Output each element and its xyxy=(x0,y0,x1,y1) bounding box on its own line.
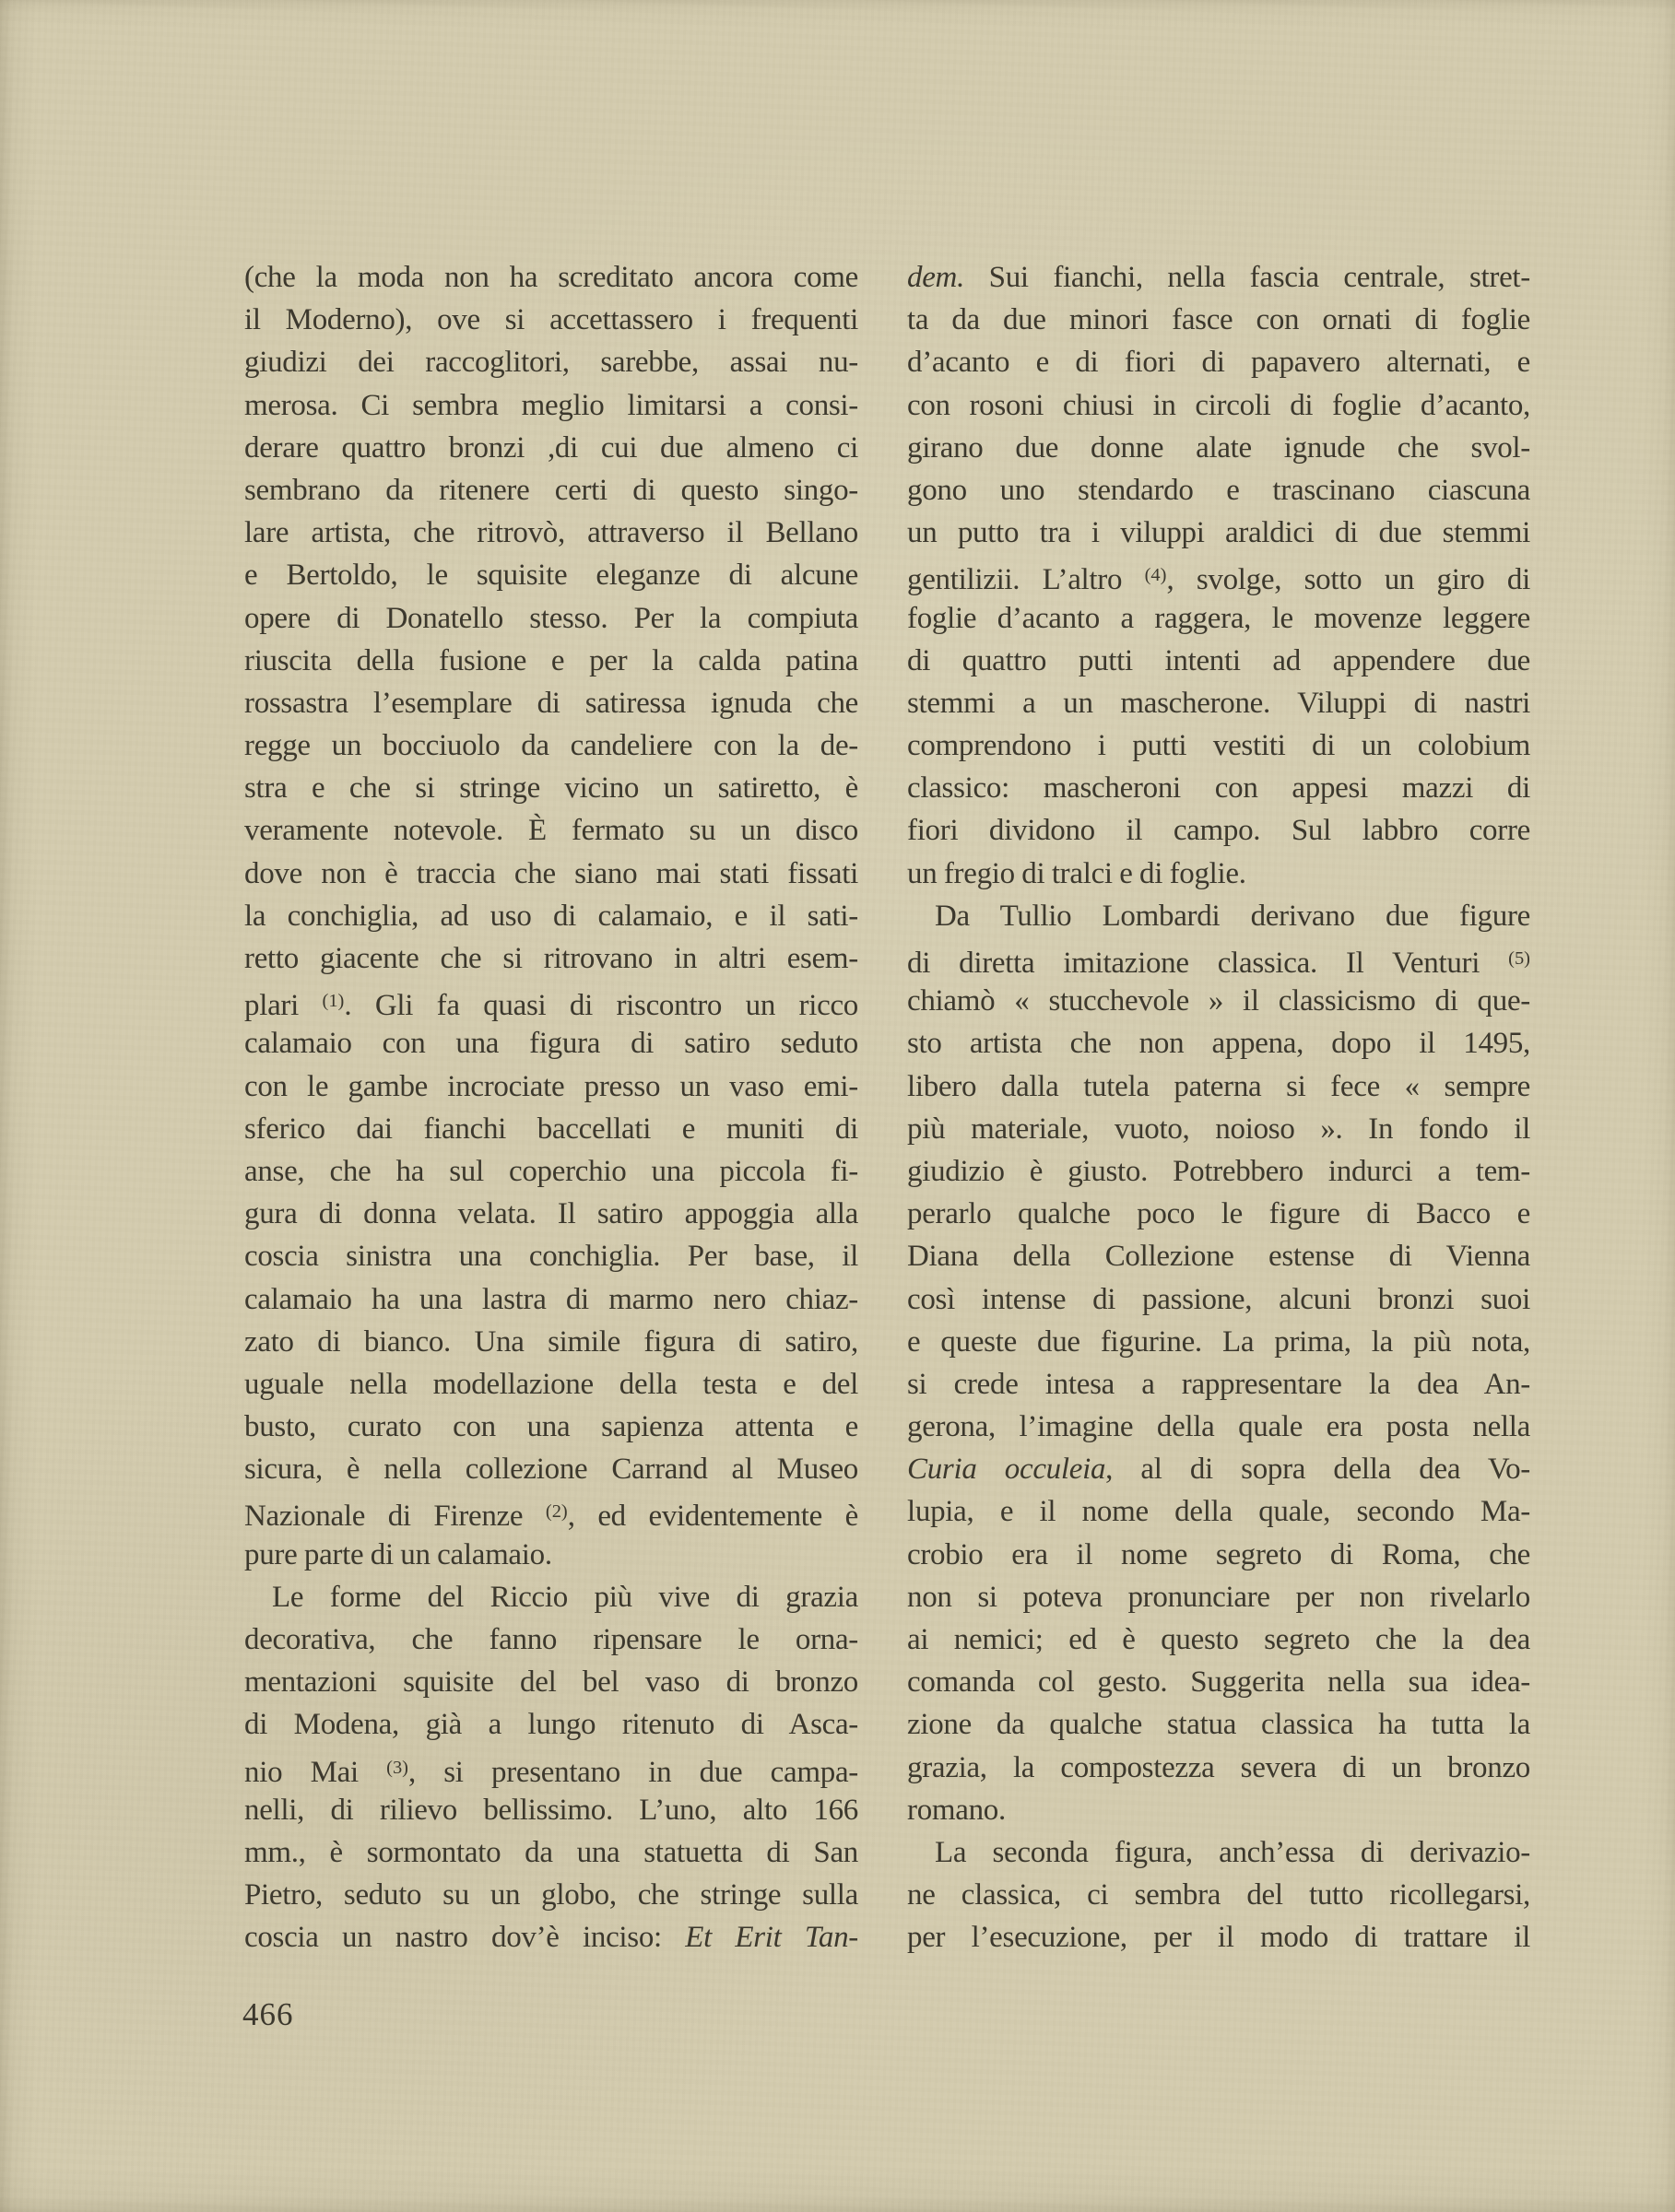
italic-text: dem. xyxy=(907,261,964,294)
text-line: romano. xyxy=(907,1789,1530,1831)
text-line: di Modena, già a lungo ritenuto di Asca- xyxy=(244,1703,858,1746)
text-line: giudizi dei raccoglitori, sarebbe, assai… xyxy=(244,341,858,383)
text-line: gono uno stendardo e trascinano ciascuna xyxy=(907,469,1530,512)
text-line: calamaio con una figura di satiro seduto xyxy=(244,1022,858,1065)
text-line: busto, curato con una sapienza attenta e xyxy=(244,1406,858,1448)
footnote-reference: (2) xyxy=(546,1501,568,1522)
footnote-reference: (5) xyxy=(1508,948,1530,969)
text-line: la conchiglia, ad uso di calamaio, e il … xyxy=(244,895,858,937)
text-line: riuscita della fusione e per la calda pa… xyxy=(244,640,858,682)
text-line: nelli, di rilievo bellissimo. L’uno, alt… xyxy=(244,1789,858,1831)
text-line: gura di donna velata. Il satiro appoggia… xyxy=(244,1193,858,1235)
text-line: mentazioni squisite del bel vaso di bron… xyxy=(244,1661,858,1703)
text-line: comanda col gesto. Suggerita nella sua i… xyxy=(907,1661,1530,1703)
text-line: merosa. Ci sembra meglio limitarsi a con… xyxy=(244,384,858,427)
text-line: sicura, è nella collezione Carrand al Mu… xyxy=(244,1448,858,1490)
text-line: sto artista che non appena, dopo il 1495… xyxy=(907,1022,1530,1065)
italic-text: Curia occuleia xyxy=(907,1453,1105,1486)
text-line: così intense di passione, alcuni bronzi … xyxy=(907,1278,1530,1321)
text-line: girano due donne alate ignude che svol- xyxy=(907,427,1530,469)
text-line: libero dalla tutela paterna si fece « se… xyxy=(907,1065,1530,1108)
text-line: si crede intesa a rappresentare la dea A… xyxy=(907,1363,1530,1406)
text-line: giudizio è giusto. Potrebbero indurci a … xyxy=(907,1150,1530,1193)
text-line: (che la moda non ha screditato ancora co… xyxy=(244,256,858,299)
text-line: dem. Sui fianchi, nella fascia centrale,… xyxy=(907,256,1530,299)
text-line: crobio era il nome segreto di Roma, che xyxy=(907,1534,1530,1576)
text-line: zione da qualche statua classica ha tutt… xyxy=(907,1703,1530,1746)
text-line: Curia occuleia, al di sopra della dea Vo… xyxy=(907,1448,1530,1490)
text-line: Diana della Collezione estense di Vienna xyxy=(907,1235,1530,1277)
text-line: uguale nella modellazione della testa e … xyxy=(244,1363,858,1406)
text-line: stemmi a un mascherone. Viluppi di nastr… xyxy=(907,682,1530,724)
text-line: gentilizii. L’altro (4), svolge, sotto u… xyxy=(907,554,1530,596)
text-line: calamaio ha una lastra di marmo nero chi… xyxy=(244,1278,858,1321)
text-line: Nazionale di Firenze (2), ed evidentemen… xyxy=(244,1490,858,1533)
text-line: un putto tra i viluppi araldici di due s… xyxy=(907,512,1530,554)
text-line: di diretta imitazione classica. Il Ventu… xyxy=(907,937,1530,980)
italic-text: Et Erit Tan- xyxy=(685,1921,858,1954)
text-line: lare artista, che ritrovò, attraverso il… xyxy=(244,512,858,554)
text-line: Pietro, seduto su un globo, che stringe … xyxy=(244,1874,858,1916)
text-line: veramente notevole. È fermato su un disc… xyxy=(244,809,858,852)
text-line: d’acanto e di fiori di papavero alternat… xyxy=(907,341,1530,383)
text-line: pure parte di un calamaio. xyxy=(244,1534,858,1576)
text-line: grazia, la compostezza severa di un bron… xyxy=(907,1747,1530,1789)
text-line: coscia un nastro dov’è inciso: Et Erit T… xyxy=(244,1916,858,1959)
text-line: con rosoni chiusi in circoli di foglie d… xyxy=(907,384,1530,427)
footnote-reference: (3) xyxy=(386,1758,408,1778)
text-line: lupia, e il nome della quale, secondo Ma… xyxy=(907,1490,1530,1533)
text-line: e queste due figurine. La prima, la più … xyxy=(907,1321,1530,1363)
page-number: 466 xyxy=(242,1994,294,2036)
text-line: Da Tullio Lombardi derivano due figure xyxy=(907,895,1530,937)
text-line: sembrano da ritenere certi di questo sin… xyxy=(244,469,858,512)
text-line: mm., è sormontato da una statuetta di Sa… xyxy=(244,1831,858,1874)
book-page-scan: (che la moda non ha screditato ancora co… xyxy=(0,0,1675,2212)
text-line: perarlo qualche poco le figure di Bacco … xyxy=(907,1193,1530,1235)
text-line: ta da due minori fasce con ornati di fog… xyxy=(907,299,1530,341)
text-line: derare quattro bronzi ,di cui due almeno… xyxy=(244,427,858,469)
text-line: anse, che ha sul coperchio una piccola f… xyxy=(244,1150,858,1193)
text-line: non si poteva pronunciare per non rivela… xyxy=(907,1576,1530,1618)
text-line: dove non è traccia che siano mai stati f… xyxy=(244,853,858,895)
text-line: comprendono i putti vestiti di un colobi… xyxy=(907,724,1530,767)
text-line: nio Mai (3), si presentano in due campa- xyxy=(244,1747,858,1789)
text-line: gerona, l’imagine della quale era posta … xyxy=(907,1406,1530,1448)
text-line: La seconda figura, anch’essa di derivazi… xyxy=(907,1831,1530,1874)
footnote-reference: (4) xyxy=(1145,565,1167,585)
text-line: sferico dai fianchi baccellati e muniti … xyxy=(244,1108,858,1150)
text-line: stra e che si stringe vicino un satirett… xyxy=(244,767,858,809)
text-line: con le gambe incrociate presso un vaso e… xyxy=(244,1065,858,1108)
text-line: ai nemici; ed è questo segreto che la de… xyxy=(907,1618,1530,1661)
text-column-left: (che la moda non ha screditato ancora co… xyxy=(244,256,858,1959)
text-line: coscia sinistra una conchiglia. Per base… xyxy=(244,1235,858,1277)
text-line: più materiale, vuoto, noioso ». In fondo… xyxy=(907,1108,1530,1150)
text-line: decorativa, che fanno ripensare le orna- xyxy=(244,1618,858,1661)
text-line: fiori dividono il campo. Sul labbro corr… xyxy=(907,809,1530,852)
footnote-reference: (1) xyxy=(323,991,345,1011)
text-line: plari (1). Gli fa quasi di riscontro un … xyxy=(244,980,858,1022)
text-line: regge un bocciuolo da candeliere con la … xyxy=(244,724,858,767)
text-line: e Bertoldo, le squisite eleganze di alcu… xyxy=(244,554,858,596)
text-line: zato di bianco. Una simile figura di sat… xyxy=(244,1321,858,1363)
text-line: per l’esecuzione, per il modo di trattar… xyxy=(907,1916,1530,1959)
text-line: classico: mascheroni con appesi mazzi di xyxy=(907,767,1530,809)
text-line: Le forme del Riccio più vive di grazia xyxy=(244,1576,858,1618)
text-line: foglie d’acanto a raggera, le movenze le… xyxy=(907,597,1530,640)
text-column-right: dem. Sui fianchi, nella fascia centrale,… xyxy=(907,256,1530,1959)
text-line: un fregio di tralci e di foglie. xyxy=(907,853,1530,895)
text-line: opere di Donatello stesso. Per la compiu… xyxy=(244,597,858,640)
text-line: di quattro putti intenti ad appendere du… xyxy=(907,640,1530,682)
text-line: chiamò « stucchevole » il classicismo di… xyxy=(907,980,1530,1022)
text-line: retto giacente che si ritrovano in altri… xyxy=(244,937,858,980)
text-line: rossastra l’esemplare di satiressa ignud… xyxy=(244,682,858,724)
text-line: il Moderno), ove si accettassero i frequ… xyxy=(244,299,858,341)
text-line: ne classica, ci sembra del tutto ricolle… xyxy=(907,1874,1530,1916)
